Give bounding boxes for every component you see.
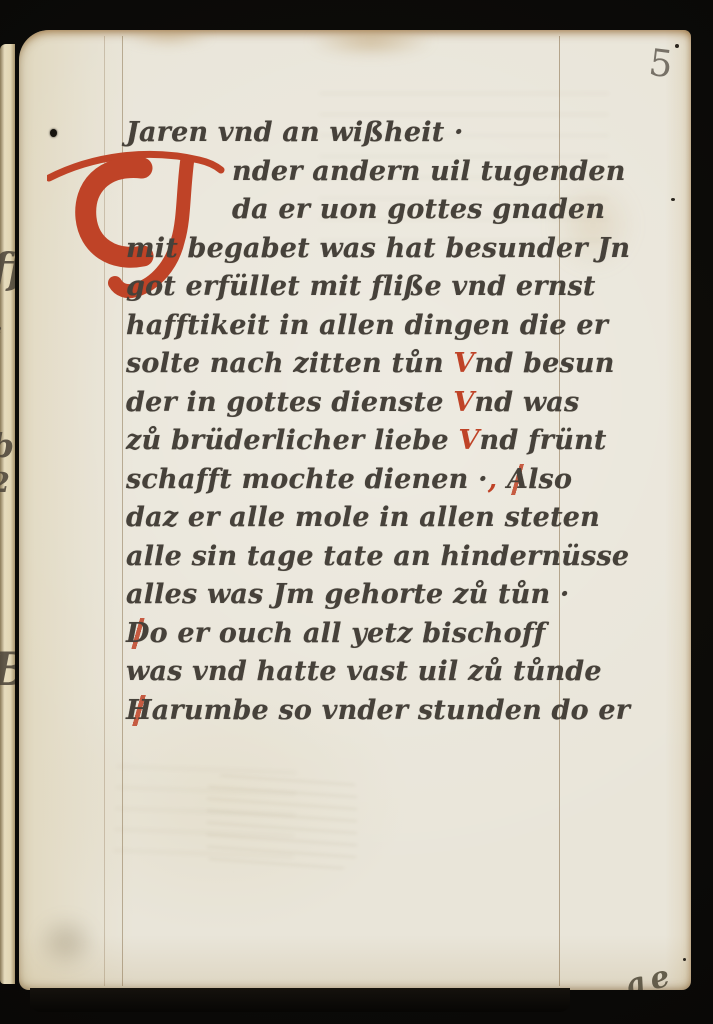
text-block: Jaren vnd an wißheit ·nder andern uil tu… xyxy=(126,114,596,730)
quire-signature: ae xyxy=(623,958,679,990)
text-segment: daz er alle mole in allen steten xyxy=(126,502,600,533)
manuscript-line: Harumbe so vnder stunden do er xyxy=(126,692,596,731)
rubric-letter: V xyxy=(458,425,479,456)
facing-page-letter-fragment: e xyxy=(0,320,2,340)
text-segment: arumbe so vnder stunden do er xyxy=(152,695,631,726)
text-segment: nd besun xyxy=(475,348,615,379)
offset-ink-smudge xyxy=(207,772,357,872)
text-segment: got erfüllet mit fliße vnd ernst xyxy=(126,271,596,302)
rubric-letter: V xyxy=(453,348,474,379)
text-segment xyxy=(497,464,507,495)
manuscript-page: 5 Jaren vnd an wißheit ·nder andern uil … xyxy=(19,30,691,990)
manuscript-line: Jaren vnd an wißheit · xyxy=(126,114,596,153)
manuscript-line: was vnd hatte vast uil zů tůnde xyxy=(126,653,596,692)
manuscript-line: got erfüllet mit fliße vnd ernst xyxy=(126,268,596,307)
red-touched-letter: H xyxy=(126,695,152,726)
text-segment: nd frünt xyxy=(479,425,606,456)
manuscript-line: der in gottes dienste Vnd was xyxy=(126,384,596,423)
manuscript-line: alle sin tage tate an hindernüsse xyxy=(126,538,596,577)
ink-speck xyxy=(683,958,686,961)
text-segment: alle sin tage tate an hindernüsse xyxy=(126,541,629,572)
manuscript-line: daz er alle mole in allen steten xyxy=(126,499,596,538)
text-segment: solte nach zitten tůn xyxy=(126,348,453,379)
show-through-text xyxy=(113,765,296,863)
previous-page-edge: ffeb2Bs xyxy=(0,44,15,984)
text-segment: lso xyxy=(528,464,572,495)
text-segment: Jaren vnd an wißheit · xyxy=(126,117,464,148)
stain xyxy=(281,30,461,64)
text-segment: schafft mochte dienen · xyxy=(126,464,488,495)
ink-speck xyxy=(675,44,679,48)
ink-speck xyxy=(671,198,675,201)
text-segment: zů brüderlicher liebe xyxy=(126,425,458,456)
text-segment: da er uon gottes gnaden xyxy=(232,194,605,225)
text-segment: nder andern uil tugenden xyxy=(232,156,626,187)
facing-page-letter-fragment: b xyxy=(0,426,14,465)
manuscript-line: Do er ouch all yetz bischoff xyxy=(126,615,596,654)
rubric-letter: V xyxy=(453,387,474,418)
red-touched-letter: A xyxy=(507,464,528,495)
facing-page-letter-fragment: 2 xyxy=(0,468,10,499)
text-segment: nd was xyxy=(474,387,579,418)
text-segment: alles was Jm gehorte zů tůn · xyxy=(126,579,570,610)
wormhole-dot xyxy=(50,129,57,137)
text-segment: hafftikeit in allen dingen die er xyxy=(126,310,608,341)
stain xyxy=(21,902,111,982)
text-segment: was vnd hatte vast uil zů tůnde xyxy=(126,656,602,687)
manuscript-line: alles was Jm gehorte zů tůn · xyxy=(126,576,596,615)
book-tail-edge xyxy=(30,988,570,1012)
manuscript-photo: ffeb2Bs 5 Jaren vnd an wißheit ·nder and… xyxy=(0,0,713,1024)
manuscript-line: nder andern uil tugenden xyxy=(126,153,596,192)
text-segment: mit begabet was hat besunder Jn xyxy=(126,233,630,264)
facing-page-letter-fragment: ff xyxy=(0,244,15,293)
text-segment: o er ouch all yetz bischoff xyxy=(150,618,546,649)
manuscript-line: zů brüderlicher liebe Vnd frünt xyxy=(126,422,596,461)
folio-number: 5 xyxy=(646,41,675,87)
rubric-letter: , xyxy=(488,464,498,495)
manuscript-line: hafftikeit in allen dingen die er xyxy=(126,307,596,346)
red-touched-letter: D xyxy=(126,618,150,649)
manuscript-line: da er uon gottes gnaden xyxy=(126,191,596,230)
manuscript-line: solte nach zitten tůn Vnd besun xyxy=(126,345,596,384)
text-segment: der in gottes dienste xyxy=(126,387,453,418)
manuscript-line: mit begabet was hat besunder Jn xyxy=(126,230,596,269)
facing-page-letter-fragment: Bs xyxy=(0,642,15,696)
manuscript-line: schafft mochte dienen ·, Also xyxy=(126,461,596,500)
